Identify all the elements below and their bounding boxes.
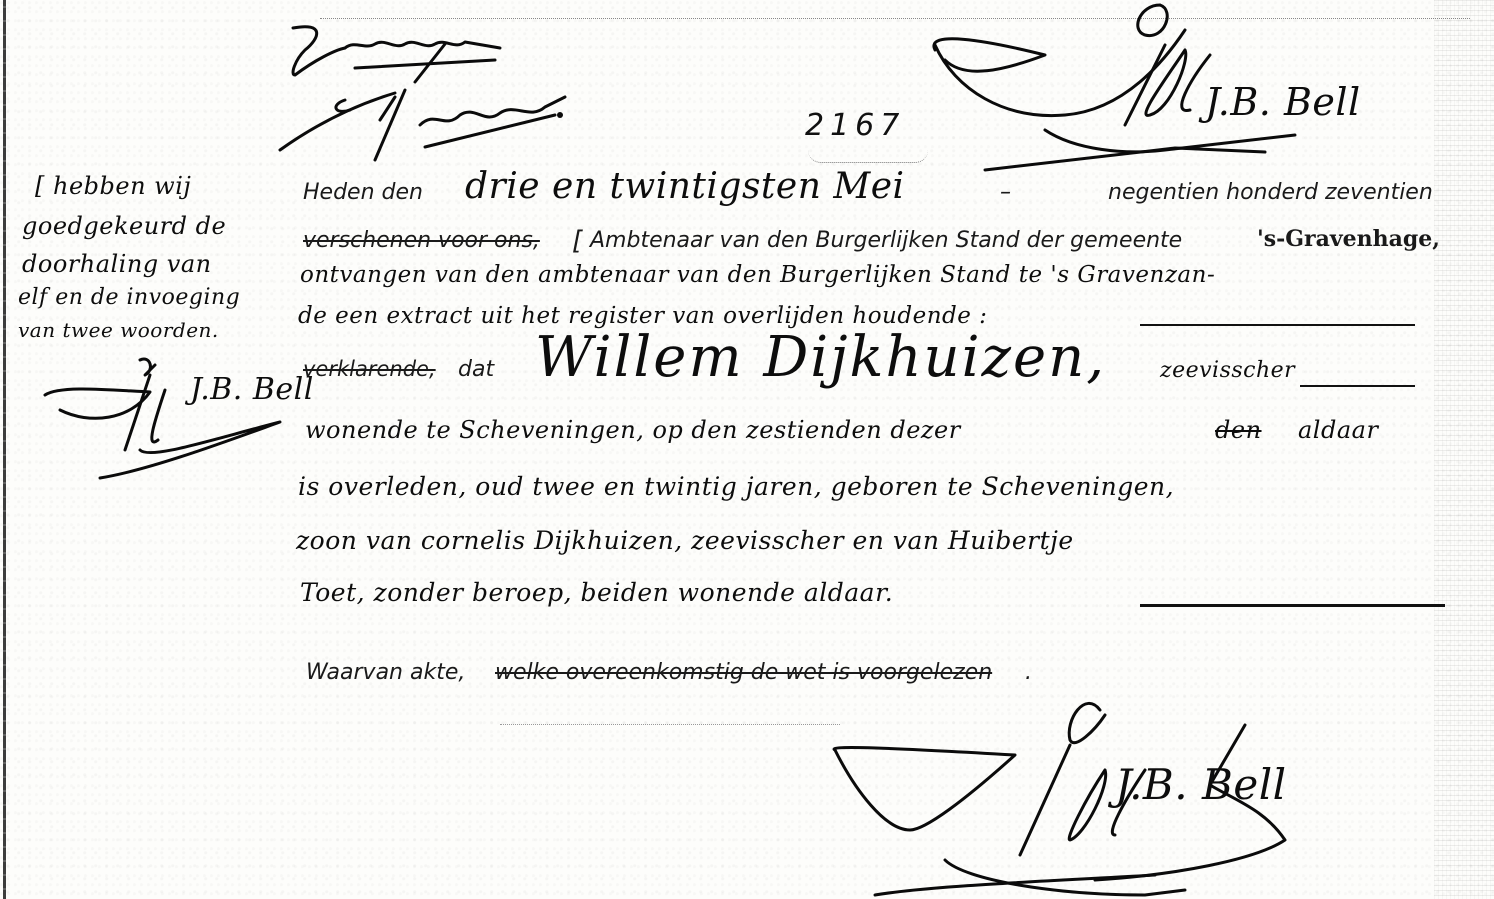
- handwritten-line-8: zoon van cornelis Dijkhuizen, zeevissche…: [296, 526, 1074, 555]
- printed-dat: dat: [458, 357, 494, 382]
- binding-edge-line: [3, 0, 6, 899]
- margin-note-line: van twee woorden.: [18, 318, 219, 342]
- signature-flourish-icon: [285, 20, 525, 90]
- closing-period: .: [1025, 660, 1032, 685]
- struck-verklarende: verklarende,: [303, 357, 436, 381]
- margin-note-line: [ hebben wij: [35, 172, 191, 200]
- top-right-signature-bell: J.B. Bell: [925, 0, 1315, 180]
- deceased-name: Willem Dijkhuizen,: [535, 325, 1106, 390]
- printed-year: negentien honderd zeventien: [1108, 180, 1433, 205]
- fill-line-rule: [1140, 604, 1445, 607]
- struck-verschenen-voor-ons: verschenen voor ons,: [303, 228, 540, 253]
- signature-flourish-icon: [275, 85, 595, 165]
- margin-signature-bell: J.B. Bell: [40, 350, 300, 485]
- handwritten-line-6: wonende te Scheveningen, op den zestiend…: [305, 416, 961, 444]
- margin-note-line: goedgekeurd de: [22, 212, 226, 240]
- printed-city: 's-Gravenhage,: [1257, 226, 1440, 252]
- fill-line-rule: [1140, 324, 1415, 326]
- bottom-signature-bell: J.B. Bell: [815, 690, 1335, 899]
- date-dash: –: [1000, 180, 1011, 205]
- handwritten-aldaar: aldaar: [1298, 416, 1378, 444]
- signature-text-bell: J.B. Bell: [190, 372, 314, 407]
- top-signature-tinn: [275, 85, 595, 170]
- handwritten-line-9: Toet, zonder beroep, beiden wonende alda…: [300, 578, 893, 607]
- struck-voorgelezen: welke overeenkomstig de wet is voorgelez…: [495, 660, 992, 685]
- top-signature-graafmaat: [285, 20, 525, 95]
- handwritten-line-7: is overleden, oud twee en twintig jaren,…: [298, 472, 1174, 501]
- handwritten-date: drie en twintigsten Mei: [465, 166, 905, 207]
- printed-heden-den: Heden den: [303, 180, 423, 205]
- signature-underline-flourish-icon: [925, 0, 1315, 175]
- scan-edge-noise: [1434, 0, 1494, 899]
- register-number: 2167: [805, 108, 905, 143]
- signature-dotted-rule: [500, 724, 840, 725]
- margin-note-line: elf en de invoeging: [18, 285, 240, 310]
- struck-den: den: [1215, 416, 1262, 444]
- margin-note-line: doorhaling van: [22, 250, 212, 278]
- fill-line-rule: [1300, 385, 1415, 387]
- insert-mark: [: [572, 226, 582, 256]
- handwritten-line-3: ontvangen van den ambtenaar van den Burg…: [300, 262, 1215, 288]
- scanned-document-page: 2167 J.B. Bell [ hebben wij goedgekeurd …: [0, 0, 1494, 899]
- signature-text-bell: J.B. Bell: [1115, 760, 1287, 809]
- printed-ambtenaar: Ambtenaar van den Burgerlijken Stand der…: [590, 228, 1182, 253]
- printed-waarvan-akte: Waarvan akte,: [306, 660, 465, 685]
- register-number-underline: [808, 150, 928, 163]
- signature-flourish-icon: [40, 350, 300, 480]
- deceased-occupation: zeevisscher: [1160, 358, 1295, 383]
